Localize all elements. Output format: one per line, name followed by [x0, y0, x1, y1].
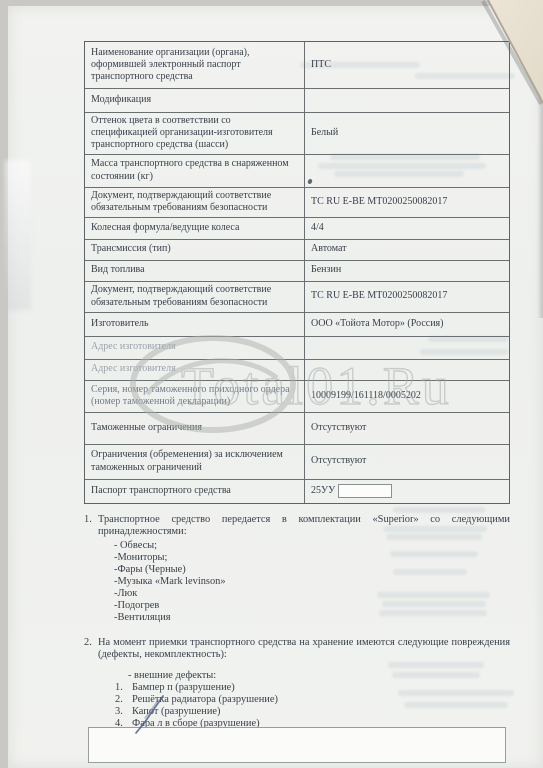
row-label: Адрес изготовителя	[85, 337, 305, 359]
row-value-text: Отсутствуют	[311, 422, 366, 434]
note-text: Транспортное средство передается в компл…	[98, 514, 510, 538]
row-value: TC RU E-BE MT0200250082017	[305, 188, 509, 217]
row-value	[305, 337, 509, 359]
defect-number: 1.	[115, 682, 132, 694]
row-value-text: 4/4	[311, 222, 324, 234]
row-value: 4/4	[305, 218, 509, 239]
row-label-text: Серия, номер таможенного приходного орде…	[91, 384, 296, 408]
note-body: На момент приемки транспортного средства…	[98, 637, 510, 661]
row-label-text: Трансмиссия (тип)	[91, 243, 171, 255]
accessories-list: - Обвесы; -Мониторы; -Фары (Черные) -Муз…	[114, 540, 510, 624]
row-value-text: ООО «Тойота Мотор» (Россия)	[311, 318, 443, 330]
table-row: Масса транспортного средства в снаряженн…	[85, 154, 509, 187]
row-label: Вид топлива	[85, 261, 305, 281]
row-label: Паспорт транспортного средства	[85, 480, 305, 503]
table-row: Серия, номер таможенного приходного орде…	[85, 380, 509, 412]
row-label-text: Изготовитель	[91, 318, 149, 330]
row-value: Отсутствуют	[305, 445, 509, 479]
accessory-item: -Музыка «Mark levinson»	[114, 576, 510, 588]
row-value-text: TC RU E-BE MT0200250082017	[311, 290, 447, 302]
passport-series-text: 25УУ	[311, 485, 335, 497]
defect-item: 1. Бампер п (разрушение)	[115, 682, 510, 694]
note-body: Транспортное средство передается в компл…	[98, 514, 510, 624]
table-row: Наименование организации (органа), оформ…	[85, 42, 509, 88]
row-value	[305, 155, 509, 187]
row-label-text: Масса транспортного средства в снаряженн…	[91, 158, 296, 182]
row-label: Таможенные ограничения	[85, 413, 305, 444]
table-row: Колесная формула/ведущие колеса 4/4	[85, 217, 509, 239]
defect-number: 2.	[115, 694, 132, 706]
defect-text: Капот (разрушение)	[132, 706, 220, 718]
row-label-text: Паспорт транспортного средства	[91, 485, 231, 497]
defect-number: 3.	[115, 706, 132, 718]
row-label: Адрес изготовителя	[85, 360, 305, 380]
note-number: 1.	[84, 514, 98, 624]
row-value	[305, 89, 509, 112]
row-value: Бензин	[305, 261, 509, 281]
row-label: Изготовитель	[85, 313, 305, 336]
defect-item: 2. Решётка радиатора (разрушение)	[115, 694, 510, 706]
row-label-text: Документ, подтверждающий соответствие об…	[91, 190, 296, 214]
row-value: TC RU E-BE MT0200250082017	[305, 282, 509, 312]
row-label-text: Документ, подтверждающий соответствие об…	[91, 284, 296, 308]
row-label: Наименование организации (органа), оформ…	[85, 42, 305, 88]
row-label: Оттенок цвета в соответствии со специфик…	[85, 113, 305, 154]
table-row: Ограничения (обременения) за исключением…	[85, 444, 509, 479]
row-value-text: Бензин	[311, 264, 341, 276]
row-label: Серия, номер таможенного приходного орде…	[85, 381, 305, 412]
row-value: ПТС	[305, 42, 509, 88]
row-label-text: Колесная формула/ведущие колеса	[91, 222, 239, 234]
accessory-item: -Фары (Черные)	[114, 564, 510, 576]
table-row: Адрес изготовителя	[85, 359, 509, 380]
vehicle-info-table: Наименование организации (органа), оформ…	[84, 41, 510, 504]
row-value-text: TC RU E-BE MT0200250082017	[311, 196, 447, 208]
row-label-text: Адрес изготовителя	[91, 363, 176, 375]
row-value-text: Автомат	[311, 243, 347, 255]
accessory-item: -Подогрев	[114, 600, 510, 612]
passport-number-blank-box	[338, 484, 392, 498]
row-value: Белый	[305, 113, 509, 154]
table-row: Паспорт транспортного средства 25УУ	[85, 479, 509, 503]
row-label: Ограничения (обременения) за исключением…	[85, 445, 305, 479]
table-row: Документ, подтверждающий соответствие об…	[85, 281, 509, 312]
table-row: Модификация	[85, 88, 509, 112]
row-value: Отсутствуют	[305, 413, 509, 444]
table-row: Документ, подтверждающий соответствие об…	[85, 187, 509, 217]
row-value-text: Отсутствуют	[311, 455, 366, 467]
accessory-item: -Люк	[114, 588, 510, 600]
row-label-text: Оттенок цвета в соответствии со специфик…	[91, 115, 296, 152]
row-value: Автомат	[305, 240, 509, 260]
row-value-text: 10009199/161118/0005202	[311, 390, 421, 402]
note-item-2: 2. На момент приемки транспортного средс…	[84, 637, 510, 661]
table-row: Трансмиссия (тип) Автомат	[85, 239, 509, 260]
row-value: ООО «Тойота Мотор» (Россия)	[305, 313, 509, 336]
accessory-item: - Обвесы;	[114, 540, 510, 552]
row-label-text: Ограничения (обременения) за исключением…	[91, 449, 296, 473]
empty-notes-box	[88, 727, 506, 763]
table-row: Таможенные ограничения Отсутствуют	[85, 412, 509, 444]
row-value: 25УУ	[305, 480, 509, 503]
defect-text: Решётка радиатора (разрушение)	[132, 694, 278, 706]
row-label: Документ, подтверждающий соответствие об…	[85, 282, 305, 312]
accessory-item: -Вентиляция	[114, 612, 510, 624]
row-label: Масса транспортного средства в снаряженн…	[85, 155, 305, 187]
row-label-text: Адрес изготовителя	[91, 341, 176, 353]
row-label-text: Вид топлива	[91, 264, 145, 276]
row-label: Трансмиссия (тип)	[85, 240, 305, 260]
row-value-text: Белый	[311, 127, 338, 139]
note-text: На момент приемки транспортного средства…	[98, 637, 510, 661]
row-label: Документ, подтверждающий соответствие об…	[85, 188, 305, 217]
defect-text: Бампер п (разрушение)	[132, 682, 235, 694]
row-label-text: Модификация	[91, 94, 151, 106]
accessory-item: -Мониторы;	[114, 552, 510, 564]
table-row: Адрес изготовителя	[85, 336, 509, 359]
note-number: 2.	[84, 637, 98, 661]
row-value: 10009199/161118/0005202	[305, 381, 509, 412]
row-value-text: ПТС	[311, 59, 331, 71]
table-row: Вид топлива Бензин	[85, 260, 509, 281]
defects-header: - внешние дефекты:	[128, 670, 510, 682]
notes-section: 1. Транспортное средство передается в ко…	[84, 514, 510, 730]
row-label: Колесная формула/ведущие колеса	[85, 218, 305, 239]
table-row: Оттенок цвета в соответствии со специфик…	[85, 112, 509, 154]
row-label-text: Наименование организации (органа), оформ…	[91, 47, 296, 84]
row-value	[305, 360, 509, 380]
note-item-1: 1. Транспортное средство передается в ко…	[84, 514, 510, 624]
row-label: Модификация	[85, 89, 305, 112]
defect-item: 3. Капот (разрушение)	[115, 706, 510, 718]
row-label-text: Таможенные ограничения	[91, 422, 202, 434]
table-row: Изготовитель ООО «Тойота Мотор» (Россия)	[85, 312, 509, 336]
